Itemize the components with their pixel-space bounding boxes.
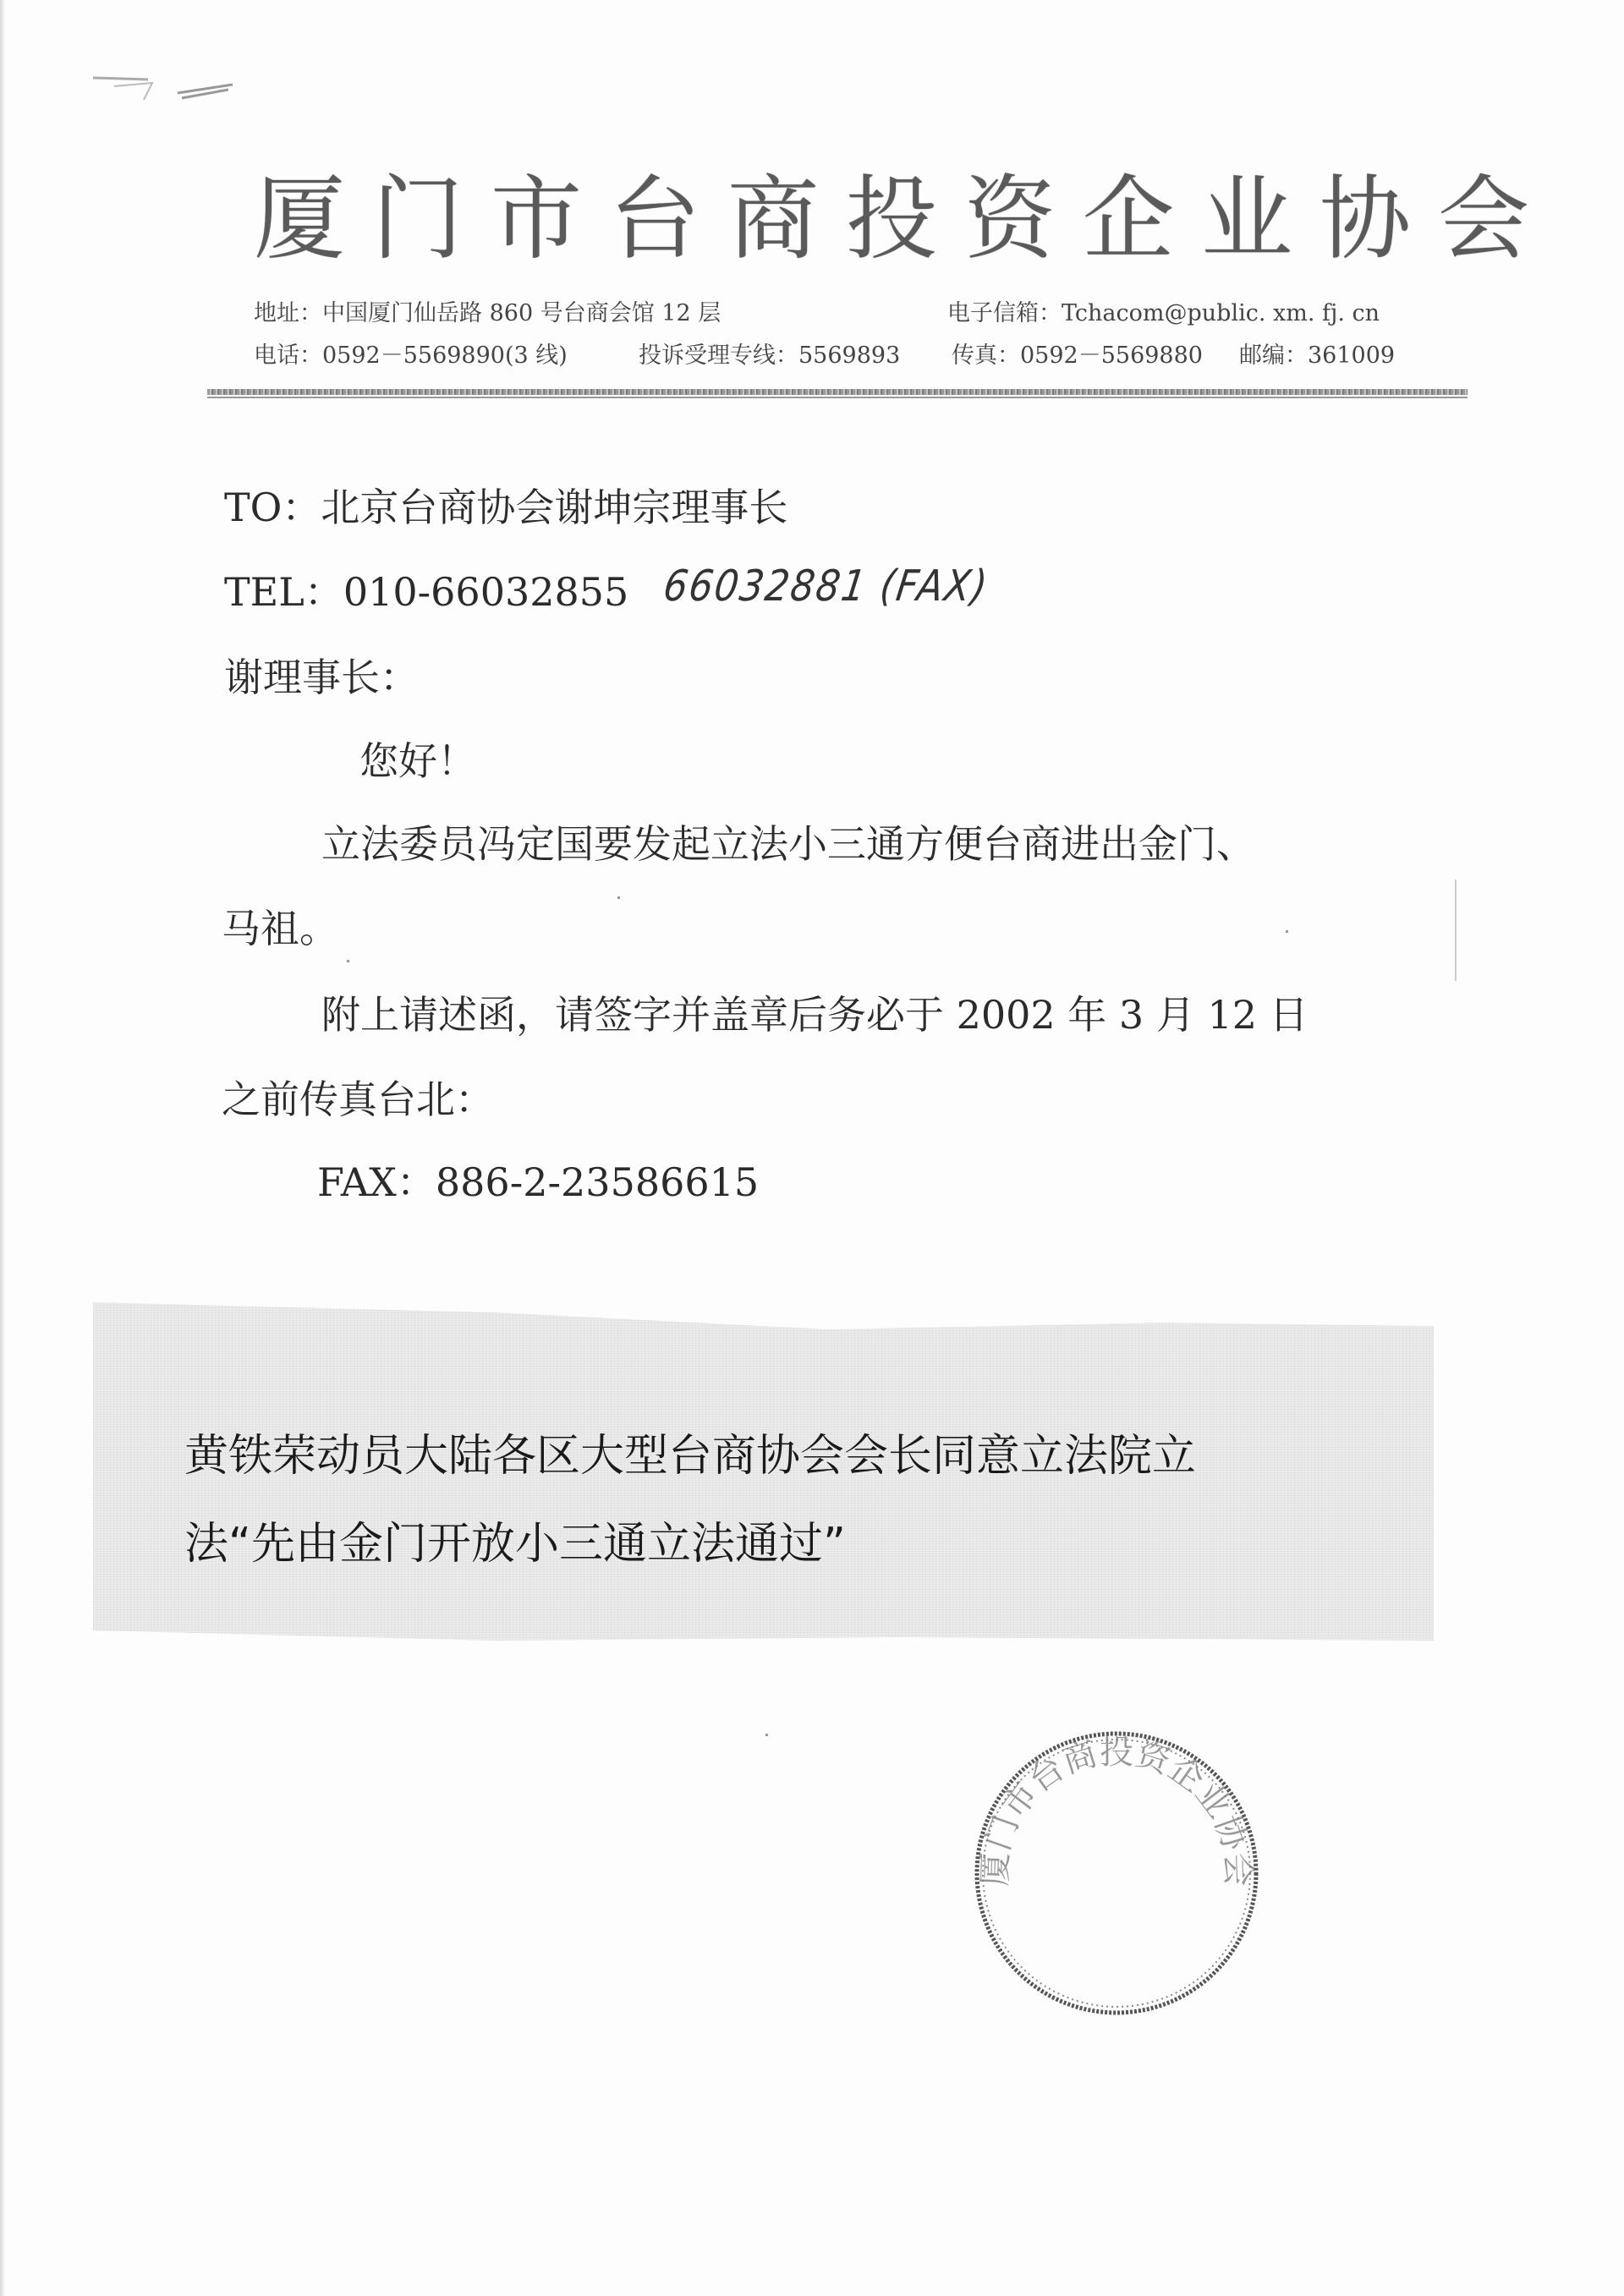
to-value: 北京台商协会谢坤宗理事长 [321, 485, 787, 530]
scanned-letter-page: 厦门市台商投资企业协会 地址：中国厦门仙岳路 860 号台商会馆 12 层 电子… [0, 0, 1624, 2296]
greeting: 您好！ [359, 737, 476, 785]
phone-label: 电话： [254, 342, 322, 369]
email-line: 电子信箱：Tchacom@public. xm. fj. cn [947, 294, 1380, 327]
handwritten-fax-note: 66032881 (FAX) [661, 562, 991, 611]
email-label: 电子信箱： [947, 300, 1062, 326]
email-value: Tchacom@public. xm. fj. cn [1062, 300, 1380, 326]
to-label: TO： [224, 485, 321, 530]
paragraph1-line2: 马祖。 [222, 905, 338, 952]
tel-value: 010-66032855 [343, 569, 628, 615]
clipping-line2: 法“先由金门开放小三通立法通过” [184, 1517, 846, 1571]
complaint-value: 5569893 [798, 342, 900, 369]
postcode-line: 邮编：361009 [1239, 337, 1395, 370]
scan-speck [1455, 879, 1457, 981]
svg-text:厦门市台商投资企业协会: 厦门市台商投资企业协会 [975, 1733, 1257, 1887]
seal-text: 厦门市台商投资企业协会 [975, 1733, 1257, 1887]
scan-speck [347, 960, 349, 962]
postcode-value: 361009 [1308, 342, 1395, 369]
address-value: 中国厦门仙岳路 860 号台商会馆 12 层 [322, 300, 721, 326]
tel-label: TEL： [224, 569, 343, 615]
complaint-line: 投诉受理专线：5569893 [639, 337, 900, 370]
recipient-tel-line: TEL：010-66032855 [224, 568, 628, 616]
paragraph2-line1: 附上请述函，请签字并盖章后务必于 2002 年 3 月 12 日 [321, 991, 1309, 1038]
phone-value: 0592－5569890(3 线) [322, 342, 568, 369]
recipient-to-line: TO：北京台商协会谢坤宗理事长 [224, 484, 787, 531]
clipping-line1: 黄铁荣动员大陆各区大型台商协会会长同意立法院立 [184, 1429, 1196, 1483]
handwritten-mark-icon [85, 59, 254, 101]
fax-dest-label: FAX： [317, 1159, 436, 1205]
address-label: 地址： [254, 300, 322, 326]
paragraph2-line2: 之前传真台北： [222, 1076, 494, 1123]
fax-value: 0592－5569880 [1020, 342, 1203, 369]
scan-speck [1286, 930, 1288, 933]
letterhead-title: 厦门市台商投资企业协会 [254, 169, 1421, 271]
letterhead-divider [207, 389, 1468, 395]
salutation: 谢理事长： [224, 654, 419, 701]
official-seal-icon: 厦门市台商投资企业协会 [964, 1721, 1269, 2025]
scan-speck [765, 1734, 768, 1736]
fax-dest-value: 886-2-23586615 [436, 1159, 759, 1205]
phone-line: 电话：0592－5569890(3 线) [254, 337, 568, 370]
complaint-label: 投诉受理专线： [639, 342, 798, 369]
fax-destination-line: FAX：886-2-23586615 [317, 1159, 759, 1206]
paragraph1-line1: 立法委员冯定国要发起立法小三通方便台商进出金门、 [321, 820, 1255, 868]
letterhead-divider-thin [207, 397, 1468, 398]
scan-edge [0, 0, 5, 2296]
scan-speck [617, 896, 620, 899]
postcode-label: 邮编： [1239, 342, 1308, 369]
fax-line: 传真：0592－5569880 [952, 337, 1203, 370]
address-line: 地址：中国厦门仙岳路 860 号台商会馆 12 层 [254, 294, 721, 327]
fax-label: 传真： [952, 342, 1020, 369]
